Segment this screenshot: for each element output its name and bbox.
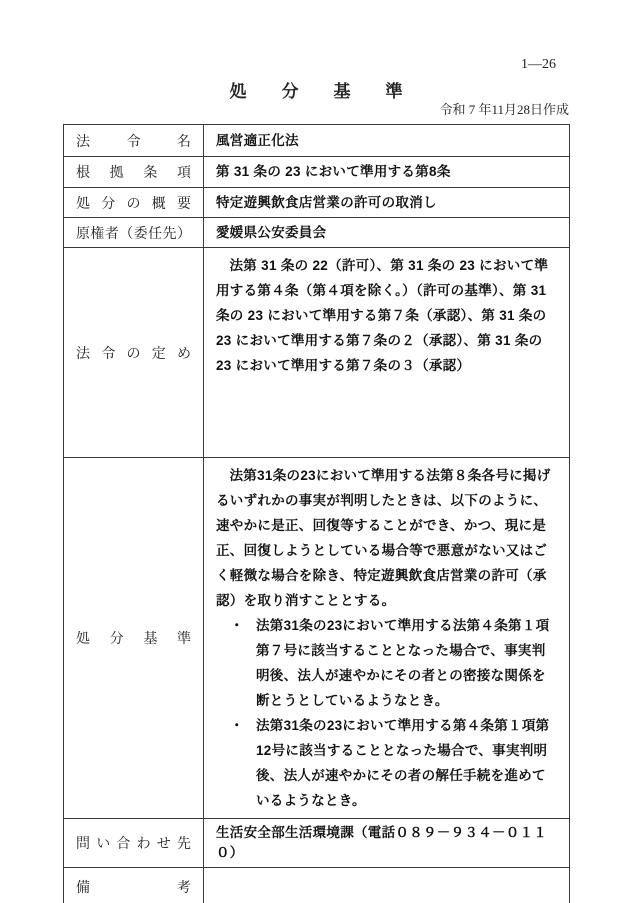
table-row-basis-clause: 根拠条項 第 31 条の 23 において準用する第8条	[64, 157, 570, 188]
law-name-value: 風営適正化法	[204, 125, 570, 157]
table-row-disposition-standard: 処分基準 法第31条の23において準用する法第８条各号に掲げるいずれかの事実が判…	[64, 458, 570, 819]
bullet-icon: ・	[230, 713, 256, 813]
table-row-law-name: 法令名 風営適正化法	[64, 125, 570, 157]
original-authority-label: 原権者（委任先）	[64, 218, 204, 248]
law-provisions-paragraph: 法第 31 条の 22（許可）、第 31 条の 23 において準用する第４条（第…	[216, 253, 557, 378]
list-item: ・ 法第31条の23において準用する法第４条第１項第７号に該当することとなった場…	[230, 613, 557, 713]
table-row-original-authority: 原権者（委任先） 愛媛県公安委員会	[64, 218, 570, 248]
created-date: 令和 7 年11月28日作成	[439, 99, 569, 118]
list-item-text: 法第31条の23において準用する第４条第１項第12号に該当することとなった場合で…	[256, 713, 557, 813]
table-row-contact: 問い合わせ先 生活安全部生活環境課（電話０８９－９３４－０１１０）	[64, 819, 570, 868]
disposition-summary-value: 特定遊興飲食店営業の許可の取消し	[204, 188, 570, 218]
remarks-label: 備考	[64, 868, 204, 903]
law-provisions-value: 法第 31 条の 22（許可）、第 31 条の 23 において準用する第４条（第…	[204, 248, 570, 458]
table-row-disposition-summary: 処分の概要 特定遊興飲食店営業の許可の取消し	[64, 188, 570, 218]
disposition-table: 法令名 風営適正化法 根拠条項 第 31 条の 23 において準用する第8条 処…	[63, 124, 570, 903]
law-name-label: 法令名	[64, 125, 204, 157]
disposition-standard-label: 処分基準	[64, 458, 204, 819]
page-number: 1—26	[521, 57, 556, 73]
table-row-law-provisions: 法令の定め 法第 31 条の 22（許可）、第 31 条の 23 において準用す…	[64, 248, 570, 458]
original-authority-value: 愛媛県公安委員会	[204, 218, 570, 248]
basis-clause-value: 第 31 条の 23 において準用する第8条	[204, 157, 570, 188]
disposition-standard-intro: 法第31条の23において準用する法第８条各号に掲げるいずれかの事実が判明したとき…	[216, 463, 557, 613]
disposition-standard-value: 法第31条の23において準用する法第８条各号に掲げるいずれかの事実が判明したとき…	[204, 458, 570, 819]
table-row-remarks: 備考	[64, 868, 570, 903]
remarks-value	[204, 868, 570, 903]
contact-label: 問い合わせ先	[64, 819, 204, 868]
document-page: 1—26 処 分 基 準 令和 7 年11月28日作成 法令名 風営適正化法 根…	[0, 0, 630, 903]
law-provisions-label: 法令の定め	[64, 248, 204, 458]
list-item-text: 法第31条の23において準用する法第４条第１項第７号に該当することとなった場合で…	[256, 613, 557, 713]
contact-value: 生活安全部生活環境課（電話０８９－９３４－０１１０）	[204, 819, 570, 868]
bullet-icon: ・	[230, 613, 256, 713]
disposition-standard-list: ・ 法第31条の23において準用する法第４条第１項第７号に該当することとなった場…	[216, 613, 557, 813]
basis-clause-label: 根拠条項	[64, 157, 204, 188]
disposition-summary-label: 処分の概要	[64, 188, 204, 218]
list-item: ・ 法第31条の23において準用する第４条第１項第12号に該当することとなった場…	[230, 713, 557, 813]
